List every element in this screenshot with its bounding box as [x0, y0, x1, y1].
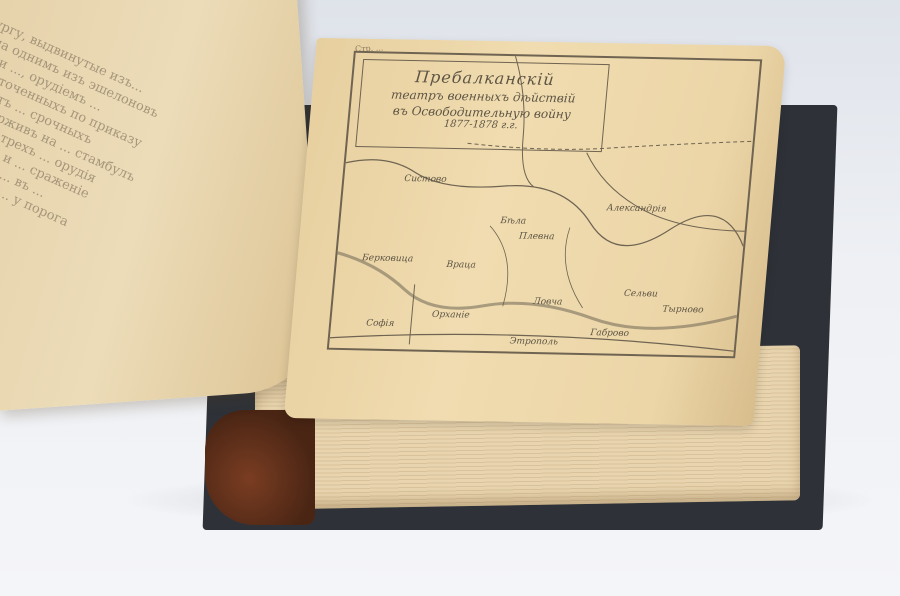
map-label: Берковица [362, 253, 414, 264]
map-label: Враца [446, 260, 476, 271]
map-label: Сельви [623, 289, 658, 300]
book-spine-leather [205, 410, 315, 525]
map-label: Тырново [662, 305, 704, 316]
map-label: Александрія [606, 203, 667, 214]
map-title-box: Пребалканскій театръ военныхъ дѣйствій в… [355, 59, 610, 152]
map-label: Плевна [519, 232, 555, 243]
map: Пребалканскій театръ военныхъ дѣйствій в… [327, 51, 762, 358]
map-label: Бѣла [500, 216, 527, 227]
map-title: Пребалканскій [362, 66, 608, 90]
map-label: Систово [404, 174, 447, 185]
map-label: Ловча [533, 297, 563, 308]
map-label: Габрово [590, 328, 629, 339]
map-label: Софія [366, 318, 395, 329]
map-label: Этрополь [509, 336, 558, 347]
left-page-text: ...ургу, выдвинутые изъ... ...гда однимъ… [0, 11, 243, 280]
left-page: ...ургу, выдвинутые изъ... ...гда однимъ… [0, 0, 324, 411]
map-label: Орханіе [431, 310, 470, 321]
